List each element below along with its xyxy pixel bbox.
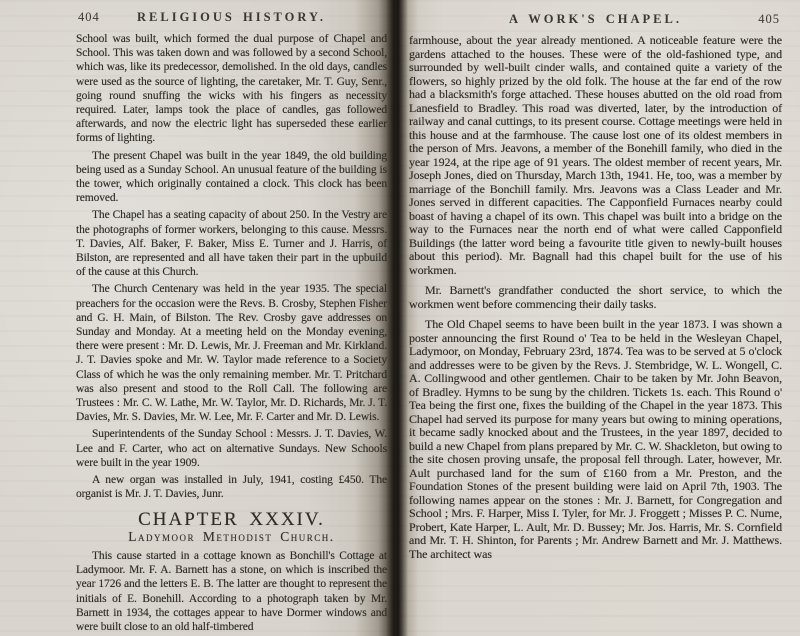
paragraph: The Chapel has a seating capacity of abo… [76,208,387,279]
paragraph: This cause started in a cottage known as… [76,549,387,634]
paragraph: A new organ was installed in July, 1941,… [76,473,387,501]
right-running-head-title: A WORK'S CHAPEL. [409,12,782,27]
paragraph: Mr. Barnett's grandfather conducted the … [409,284,782,311]
paragraph: Superintendents of the Sunday School : M… [76,427,387,470]
paragraph: The present Chapel was built in the year… [76,149,387,206]
right-running-header: A WORK'S CHAPEL. 405 [409,8,782,30]
paragraph: School was built, which formed the dual … [76,32,387,146]
left-page-body: School was built, which formed the dual … [76,32,387,634]
right-page-body: farmhouse, about the year already mentio… [409,34,782,561]
paragraph: The Church Centenary was held in the yea… [76,282,387,424]
left-running-head-title: RELIGIOUS HISTORY. [76,10,387,25]
chapter-heading: CHAPTER XXXIV. [76,513,387,527]
left-running-header: 404 RELIGIOUS HISTORY. [76,6,387,28]
section-heading: Ladymoor Methodist Church. [76,530,387,544]
paragraph: farmhouse, about the year already mentio… [409,34,782,277]
left-page: 404 RELIGIOUS HISTORY. School was built,… [0,0,394,636]
right-page: A WORK'S CHAPEL. 405 farmhouse, about th… [394,0,800,636]
paragraph: The Old Chapel seems to have been built … [409,318,782,561]
right-page-number: 405 [758,12,780,27]
book-spread: 404 RELIGIOUS HISTORY. School was built,… [0,0,800,636]
